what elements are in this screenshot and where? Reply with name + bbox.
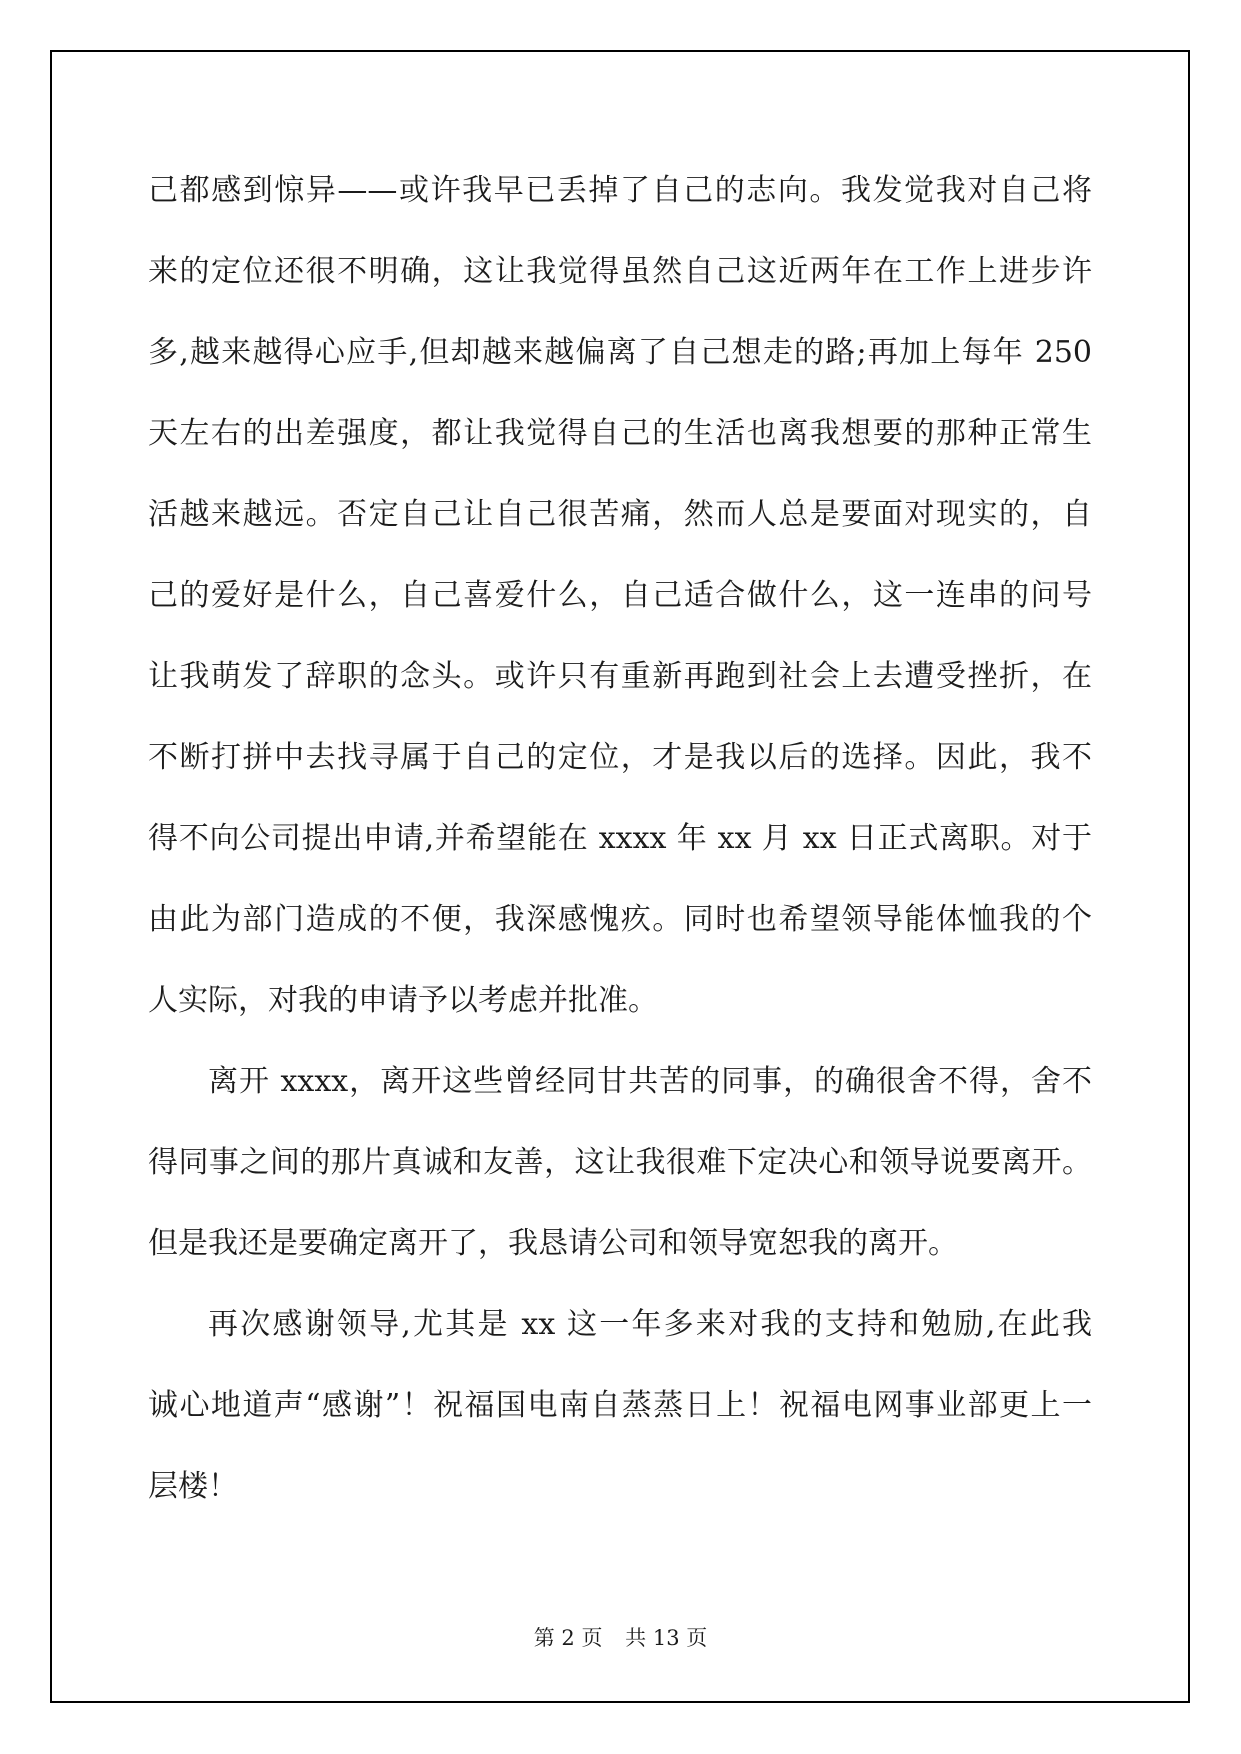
text-line: 得同事之间的那片真诚和友善，这让我很难下定决心和领导说要离开。 — [148, 1122, 1092, 1203]
text-line: 层楼！ — [148, 1446, 1092, 1527]
text-line: 再次感谢领导,尤其是 xx 这一年多来对我的支持和勉励,在此我 — [148, 1284, 1092, 1365]
text-line: 多,越来越得心应手,但却越来越偏离了自己想走的路;再加上每年 250 — [148, 312, 1092, 393]
text-line: 诚心地道声“感谢”！祝福国电南自蒸蒸日上！祝福电网事业部更上一 — [148, 1365, 1092, 1446]
text-line: 但是我还是要确定离开了，我恳请公司和领导宽恕我的离开。 — [148, 1203, 1092, 1284]
page-number-label: 第 2 页 — [534, 1626, 603, 1650]
page-footer: 第 2 页 共 13 页 — [0, 1622, 1241, 1652]
document-page: { "document": { "paragraphs": [ { "inden… — [0, 0, 1241, 1754]
text-line: 离开 xxxx，离开这些曾经同甘共苦的同事，的确很舍不得，舍不 — [148, 1041, 1092, 1122]
text-line: 由此为部门造成的不便，我深感愧疚。同时也希望领导能体恤我的个 — [148, 879, 1092, 960]
page-total-label: 共 13 页 — [625, 1626, 707, 1650]
text-line: 得不向公司提出申请,并希望能在 xxxx 年 xx 月 xx 日正式离职。对于 — [148, 798, 1092, 879]
text-line: 人实际，对我的申请予以考虑并批准。 — [148, 960, 1092, 1041]
text-line: 己都感到惊异——或许我早已丢掉了自己的志向。我发觉我对自己将 — [148, 150, 1092, 231]
text-line: 不断打拼中去找寻属于自己的定位，才是我以后的选择。因此，我不 — [148, 717, 1092, 798]
text-line: 来的定位还很不明确，这让我觉得虽然自己这近两年在工作上进步许 — [148, 231, 1092, 312]
text-line: 天左右的出差强度，都让我觉得自己的生活也离我想要的那种正常生 — [148, 393, 1092, 474]
text-line: 让我萌发了辞职的念头。或许只有重新再跑到社会上去遭受挫折，在 — [148, 636, 1092, 717]
text-line: 己的爱好是什么，自己喜爱什么，自己适合做什么，这一连串的问号 — [148, 555, 1092, 636]
text-line: 活越来越远。否定自己让自己很苦痛，然而人总是要面对现实的，自 — [148, 474, 1092, 555]
document-body: 己都感到惊异——或许我早已丢掉了自己的志向。我发觉我对自己将来的定位还很不明确，… — [148, 150, 1092, 1527]
